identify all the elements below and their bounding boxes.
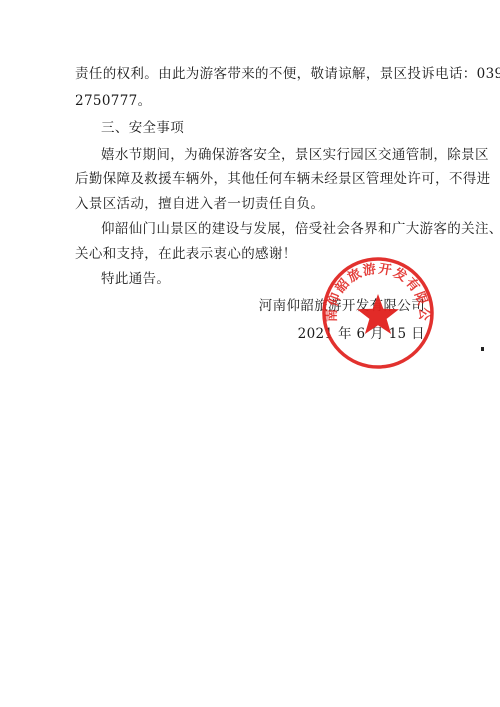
- stray-mark: [481, 347, 484, 351]
- paragraph-line: 后勤保障及救援车辆外，其他任何车辆未经景区管理处许可，不得进: [75, 170, 427, 188]
- company-seal-icon: 河南仰韶旅游开发有限公司: [321, 256, 435, 370]
- paragraph-line: 责任的权利。由此为游客带来的不便，敬请谅解，景区投诉电话：0398-: [75, 65, 427, 83]
- paragraph-line: 入景区活动，擅自进入者一切责任自负。: [75, 195, 427, 213]
- paragraph-line: 仰韶仙门山景区的建设与发展，倍受社会各界和广大游客的关注、: [101, 220, 427, 238]
- section-heading: 三、安全事项: [101, 119, 453, 137]
- document-page: 责任的权利。由此为游客带来的不便，敬请谅解，景区投诉电话：0398- 27507…: [0, 0, 500, 707]
- paragraph-line: 2750777。: [75, 92, 427, 110]
- paragraph-line: 嬉水节期间，为确保游客安全，景区实行园区交通管制，除景区: [101, 146, 427, 164]
- star-icon: [357, 294, 399, 334]
